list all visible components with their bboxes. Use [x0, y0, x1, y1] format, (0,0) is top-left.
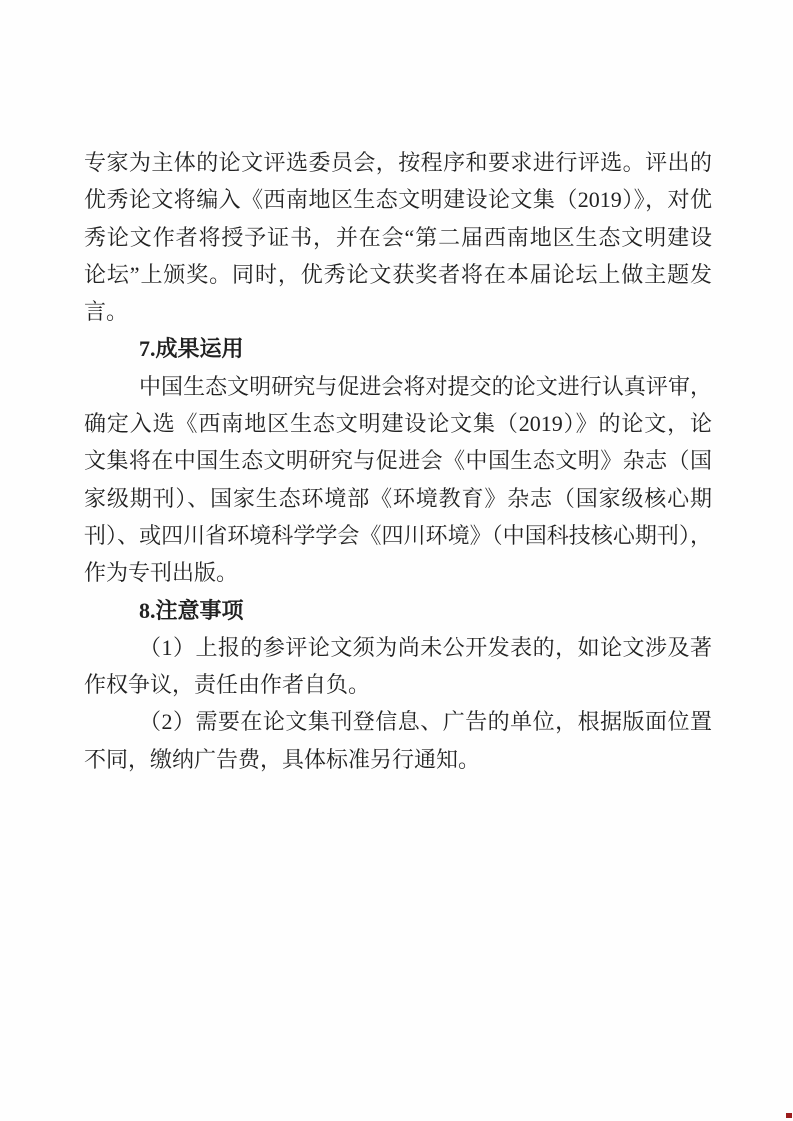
text-line: （1）上报的参评论文须为尚未公开发表的，如论文涉及著 [84, 629, 712, 666]
text-line: 作为专刊出版。 [84, 554, 712, 591]
text-line: （2）需要在论文集刊登信息、广告的单位，根据版面位置 [84, 703, 712, 740]
text-line: 家级期刊）、国家生态环境部《环境教育》杂志（国家级核心期 [84, 480, 712, 517]
text-line: 优秀论文将编入《西南地区生态文明建设论文集（2019）》，对优 [84, 181, 712, 218]
text-line: 文集将在中国生态文明研究与促进会《中国生态文明》杂志（国 [84, 442, 712, 479]
section-heading: 7.成果运用 [84, 330, 712, 367]
page-corner-mark [786, 1113, 792, 1118]
text-line: 作权争议，责任由作者自负。 [84, 666, 712, 703]
document-content: 专家为主体的论文评选委员会，按程序和要求进行评选。评出的优秀论文将编入《西南地区… [84, 144, 712, 778]
text-line: 中国生态文明研究与促进会将对提交的论文进行认真评审， [84, 368, 712, 405]
section-heading: 8.注意事项 [84, 592, 712, 629]
document-page: 专家为主体的论文评选委员会，按程序和要求进行评选。评出的优秀论文将编入《西南地区… [0, 0, 793, 1121]
text-line: 论坛”上颁奖。同时，优秀论文获奖者将在本届论坛上做主题发 [84, 256, 712, 293]
text-line: 确定入选《西南地区生态文明建设论文集（2019）》的论文，论 [84, 405, 712, 442]
text-line: 专家为主体的论文评选委员会，按程序和要求进行评选。评出的 [84, 144, 712, 181]
text-line: 不同，缴纳广告费，具体标准另行通知。 [84, 741, 712, 778]
text-line: 言。 [84, 293, 712, 330]
text-line: 秀论文作者将授予证书，并在会“第二届西南地区生态文明建设 [84, 219, 712, 256]
text-line: 刊）、或四川省环境科学学会《四川环境》（中国科技核心期刊）， [84, 517, 712, 554]
